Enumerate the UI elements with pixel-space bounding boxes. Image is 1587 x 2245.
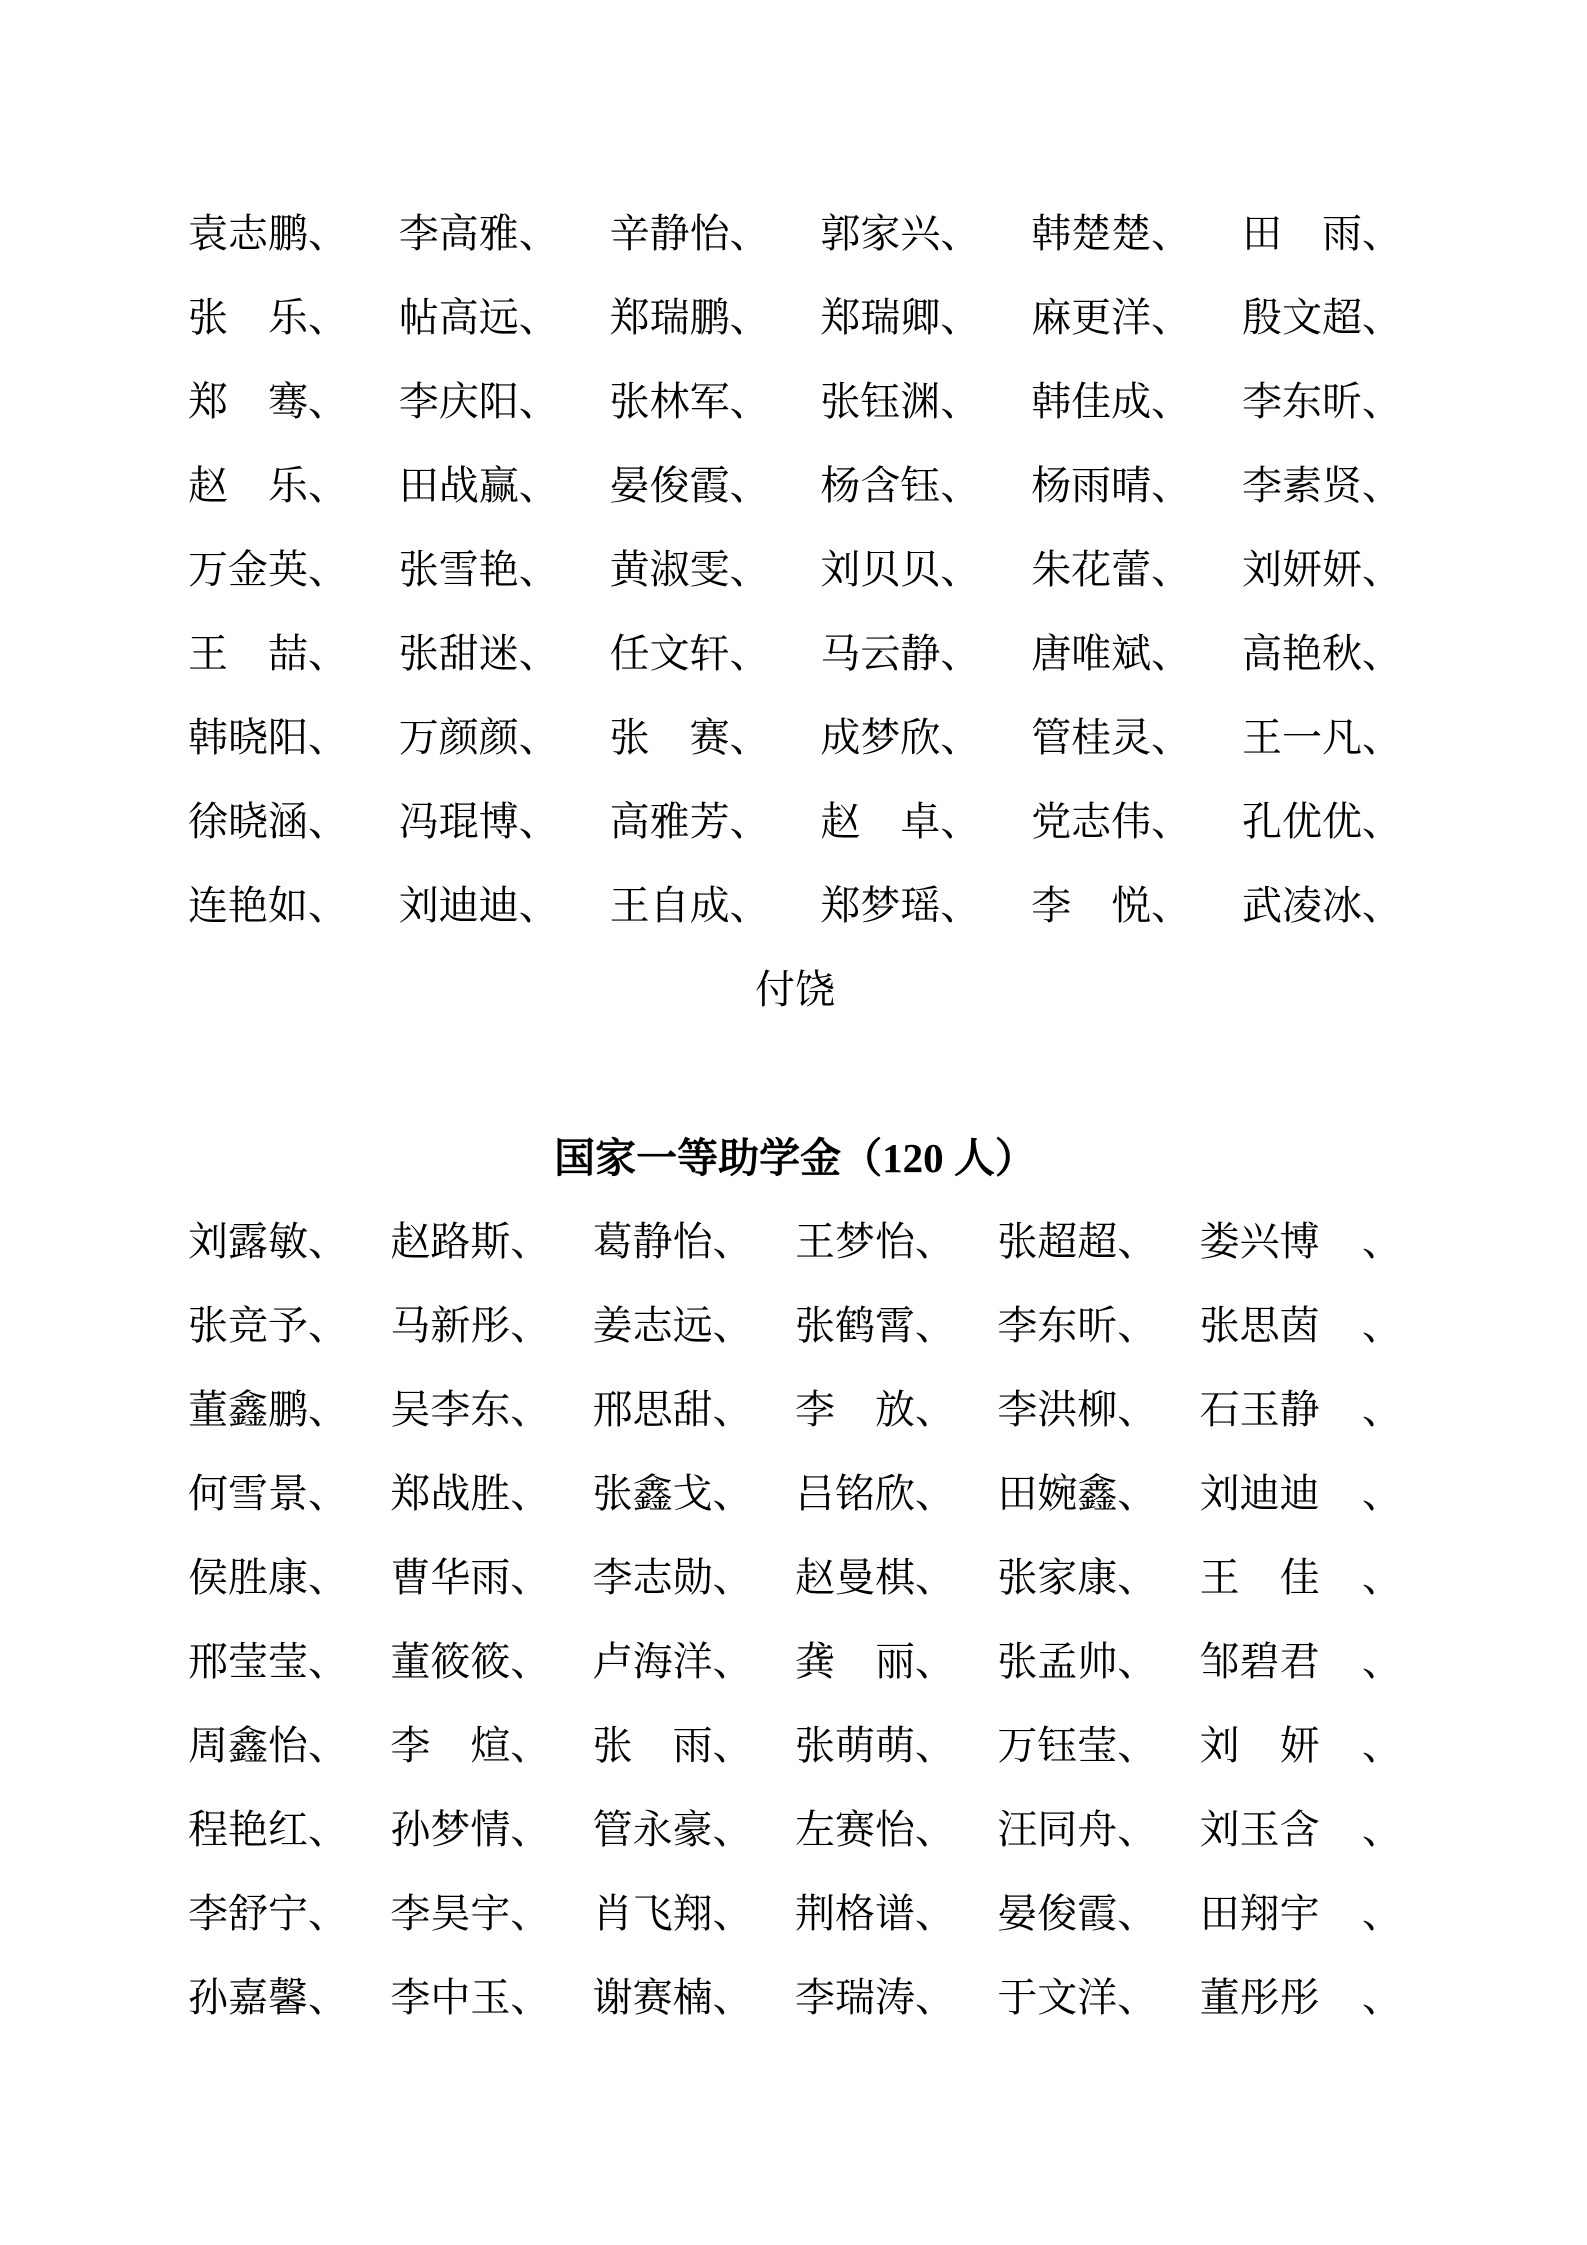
name-segment: 张思茵 [1200, 1294, 1320, 1351]
name-segment: 姜志远、 [593, 1294, 753, 1351]
name-segment: 张鹤霄、 [795, 1294, 955, 1351]
name-segment: 张萌萌、 [795, 1714, 955, 1771]
name-segment: 、 [1362, 1798, 1402, 1855]
name-segment: 李 煊、 [390, 1714, 550, 1771]
name-segment: 、 [1362, 1210, 1402, 1267]
name-segment: 邹碧君 [1200, 1630, 1320, 1687]
name-segment: 高雅芳、 [610, 790, 770, 847]
name-segment: 刘玉含 [1200, 1798, 1320, 1855]
name-segment: 晏俊霞、 [997, 1882, 1157, 1939]
name-list-row: 何雪景、郑战胜、张鑫戈、吕铭欣、田婉鑫、刘迪迪、 [188, 1448, 1402, 1532]
name-segment: 周鑫怡、 [188, 1714, 348, 1771]
name-segment: 娄兴博 [1200, 1210, 1320, 1267]
name-segment: 曹华雨、 [390, 1546, 550, 1603]
name-list-row: 王 喆、张甜迷、任文轩、马云静、唐唯斌、高艳秋、 [188, 608, 1402, 692]
name-segment: 张 赛、 [610, 706, 770, 763]
name-list-row: 李舒宁、李昊宇、肖飞翔、荆格谱、晏俊霞、田翔宇、 [188, 1868, 1402, 1952]
name-segment: 郑梦瑶、 [820, 874, 980, 931]
name-segment: 党志伟、 [1031, 790, 1191, 847]
name-segment: 唐唯斌、 [1031, 622, 1191, 679]
name-segment: 张竞予、 [188, 1294, 348, 1351]
name-segment: 谢赛楠、 [593, 1966, 753, 2023]
name-list-row: 孙嘉馨、李中玉、谢赛楠、李瑞涛、于文洋、董彤彤、 [188, 1952, 1402, 2036]
name-segment: 田婉鑫、 [997, 1462, 1157, 1519]
name-segment: 邢思甜、 [593, 1378, 753, 1435]
name-segment: 连艳如、 [188, 874, 348, 931]
name-segment: 刘迪迪、 [399, 874, 559, 931]
name-segment: 侯胜康、 [188, 1546, 348, 1603]
name-segment: 杨含钰、 [820, 454, 980, 511]
name-segment: 郑 骞、 [188, 370, 348, 427]
name-list-row: 侯胜康、曹华雨、李志勋、赵曼棋、张家康、王 佳、 [188, 1532, 1402, 1616]
name-segment: 徐晓涵、 [188, 790, 348, 847]
name-segment: 赵 乐、 [188, 454, 348, 511]
name-list-row: 张竞予、马新彤、姜志远、张鹤霄、李东昕、张思茵、 [188, 1280, 1402, 1364]
name-segment: 、 [1362, 1966, 1402, 2023]
name-segment: 晏俊霞、 [610, 454, 770, 511]
name-segment: 荆格谱、 [795, 1882, 955, 1939]
name-list-row: 董鑫鹏、吴李东、邢思甜、李 放、李洪柳、石玉静、 [188, 1364, 1402, 1448]
name-segment: 、 [1362, 1294, 1402, 1351]
name-segment: 马新彤、 [390, 1294, 550, 1351]
name-segment: 张超超、 [997, 1210, 1157, 1267]
name-segment: 刘 妍 [1200, 1714, 1320, 1771]
name-segment: 李 悦、 [1031, 874, 1191, 931]
name-segment: 程艳红、 [188, 1798, 348, 1855]
name-segment: 刘迪迪 [1200, 1462, 1320, 1519]
name-segment: 吴李东、 [390, 1378, 550, 1435]
name-segment: 李高雅、 [399, 202, 559, 259]
name-segment: 韩晓阳、 [188, 706, 348, 763]
name-segment: 左赛怡、 [795, 1798, 955, 1855]
name-list-row: 邢莹莹、董筱筱、卢海洋、龚 丽、张孟帅、邹碧君、 [188, 1616, 1402, 1700]
name-segment: 李舒宁、 [188, 1882, 348, 1939]
name-segment: 、 [1362, 1546, 1402, 1603]
name-list-row: 徐晓涵、冯琨博、高雅芳、赵 卓、党志伟、孔优优、 [188, 776, 1402, 860]
name-segment: 董鑫鹏、 [188, 1378, 348, 1435]
name-segment: 王 喆、 [188, 622, 348, 679]
name-segment: 万金英、 [188, 538, 348, 595]
name-list-row: 韩晓阳、万颜颜、张 赛、成梦欣、管桂灵、王一凡、 [188, 692, 1402, 776]
closing-name-row: 付饶 [188, 944, 1402, 1028]
name-segment: 麻更洋、 [1031, 286, 1191, 343]
name-segment: 李瑞涛、 [795, 1966, 955, 2023]
name-segment: 张钰渊、 [820, 370, 980, 427]
name-segment: 辛静怡、 [610, 202, 770, 259]
name-segment: 石玉静 [1200, 1378, 1320, 1435]
name-segment: 袁志鹏、 [188, 202, 348, 259]
name-list-row: 刘露敏、赵路斯、葛静怡、王梦怡、张超超、娄兴博、 [188, 1196, 1402, 1280]
name-segment: 邢莹莹、 [188, 1630, 348, 1687]
name-list-row: 连艳如、刘迪迪、王自成、郑梦瑶、李 悦、武凌冰、 [188, 860, 1402, 944]
name-segment: 郭家兴、 [820, 202, 980, 259]
name-segment: 殷文超、 [1242, 286, 1402, 343]
name-segment: 刘妍妍、 [1242, 538, 1402, 595]
name-list-row: 万金英、张雪艳、黄淑雯、刘贝贝、朱花蕾、刘妍妍、 [188, 524, 1402, 608]
name-segment: 李庆阳、 [399, 370, 559, 427]
name-segment: 张 乐、 [188, 286, 348, 343]
name-segment: 杨雨晴、 [1031, 454, 1191, 511]
name-segment: 于文洋、 [997, 1966, 1157, 2023]
name-segment: 吕铭欣、 [795, 1462, 955, 1519]
name-segment: 田 雨、 [1242, 202, 1402, 259]
name-segment: 李素贤、 [1242, 454, 1402, 511]
name-segment: 王梦怡、 [795, 1210, 955, 1267]
name-list-row: 赵 乐、田战赢、晏俊霞、杨含钰、杨雨晴、李素贤、 [188, 440, 1402, 524]
name-segment: 田战赢、 [399, 454, 559, 511]
name-segment: 冯琨博、 [399, 790, 559, 847]
name-segment: 管桂灵、 [1031, 706, 1191, 763]
name-segment: 孙梦情、 [390, 1798, 550, 1855]
name-segment: 郑战胜、 [390, 1462, 550, 1519]
blank-line [188, 1028, 1402, 1112]
name-list-row: 袁志鹏、李高雅、辛静怡、郭家兴、韩楚楚、田 雨、 [188, 188, 1402, 272]
name-segment: 郑瑞卿、 [820, 286, 980, 343]
name-segment: 任文轩、 [610, 622, 770, 679]
name-segment: 成梦欣、 [820, 706, 980, 763]
name-segment: 董筱筱、 [390, 1630, 550, 1687]
name-segment: 李中玉、 [390, 1966, 550, 2023]
section-heading-row: 国家一等助学金（120 人） [188, 1112, 1402, 1196]
name-segment: 李洪柳、 [997, 1378, 1157, 1435]
name-segment: 龚 丽、 [795, 1630, 955, 1687]
name-segment: 王自成、 [610, 874, 770, 931]
name-segment: 王一凡、 [1242, 706, 1402, 763]
page-content: 袁志鹏、李高雅、辛静怡、郭家兴、韩楚楚、田 雨、张 乐、帖高远、郑瑞鹏、郑瑞卿、… [188, 188, 1402, 2036]
name-segment: 张甜迷、 [399, 622, 559, 679]
name-segment: 、 [1362, 1462, 1402, 1519]
name-segment: 、 [1362, 1882, 1402, 1939]
name-segment: 李昊宇、 [390, 1882, 550, 1939]
name-segment: 孙嘉馨、 [188, 1966, 348, 2023]
name-segment: 李东昕、 [997, 1294, 1157, 1351]
name-segment: 帖高远、 [399, 286, 559, 343]
name-segment: 王 佳 [1200, 1546, 1320, 1603]
name-segment: 李志勋、 [593, 1546, 753, 1603]
name-segment: 张孟帅、 [997, 1630, 1157, 1687]
name-segment: 郑瑞鹏、 [610, 286, 770, 343]
name-segment: 高艳秋、 [1242, 622, 1402, 679]
name-segment: 张林军、 [610, 370, 770, 427]
name-segment: 肖飞翔、 [593, 1882, 753, 1939]
name-segment: 葛静怡、 [593, 1210, 753, 1267]
name-segment: 张家康、 [997, 1546, 1157, 1603]
name-segment: 赵 卓、 [820, 790, 980, 847]
name-segment: 田翔宇 [1200, 1882, 1320, 1939]
name-segment: 赵路斯、 [390, 1210, 550, 1267]
document-page: 袁志鹏、李高雅、辛静怡、郭家兴、韩楚楚、田 雨、张 乐、帖高远、郑瑞鹏、郑瑞卿、… [0, 0, 1587, 2245]
name-segment: 、 [1362, 1630, 1402, 1687]
name-segment: 武凌冰、 [1242, 874, 1402, 931]
name-segment: 张鑫戈、 [593, 1462, 753, 1519]
name-segment: 马云静、 [820, 622, 980, 679]
name-segment: 万钰莹、 [997, 1714, 1157, 1771]
name-segment: 、 [1362, 1714, 1402, 1771]
name-segment: 董彤彤 [1200, 1966, 1320, 2023]
name-segment: 赵曼棋、 [795, 1546, 955, 1603]
name-segment: 李 放、 [795, 1378, 955, 1435]
name-segment: 李东昕、 [1242, 370, 1402, 427]
name-segment: 汪同舟、 [997, 1798, 1157, 1855]
section-heading: 国家一等助学金（120 人） [554, 1125, 1036, 1184]
name-segment: 朱花蕾、 [1031, 538, 1191, 595]
name-segment: 张雪艳、 [399, 538, 559, 595]
first-class-aid-name-list: 刘露敏、赵路斯、葛静怡、王梦怡、张超超、娄兴博、张竞予、马新彤、姜志远、张鹤霄、… [188, 1196, 1402, 2036]
name-segment: 刘贝贝、 [820, 538, 980, 595]
name-segment: 韩佳成、 [1031, 370, 1191, 427]
name-segment: 、 [1362, 1378, 1402, 1435]
name-segment: 韩楚楚、 [1031, 202, 1191, 259]
name-segment: 万颜颜、 [399, 706, 559, 763]
name-segment: 黄淑雯、 [610, 538, 770, 595]
name-segment: 刘露敏、 [188, 1210, 348, 1267]
name-segment: 卢海洋、 [593, 1630, 753, 1687]
name-segment: 孔优优、 [1242, 790, 1402, 847]
name-list-row: 程艳红、孙梦情、管永豪、左赛怡、汪同舟、刘玉含、 [188, 1784, 1402, 1868]
name-segment: 管永豪、 [593, 1798, 753, 1855]
closing-name: 付饶 [755, 958, 835, 1015]
name-list-row: 郑 骞、李庆阳、张林军、张钰渊、韩佳成、李东昕、 [188, 356, 1402, 440]
name-segment: 何雪景、 [188, 1462, 348, 1519]
name-list-row: 张 乐、帖高远、郑瑞鹏、郑瑞卿、麻更洋、殷文超、 [188, 272, 1402, 356]
name-list-row: 周鑫怡、李 煊、张 雨、张萌萌、万钰莹、刘 妍、 [188, 1700, 1402, 1784]
continued-name-list: 袁志鹏、李高雅、辛静怡、郭家兴、韩楚楚、田 雨、张 乐、帖高远、郑瑞鹏、郑瑞卿、… [188, 188, 1402, 944]
name-segment: 张 雨、 [593, 1714, 753, 1771]
